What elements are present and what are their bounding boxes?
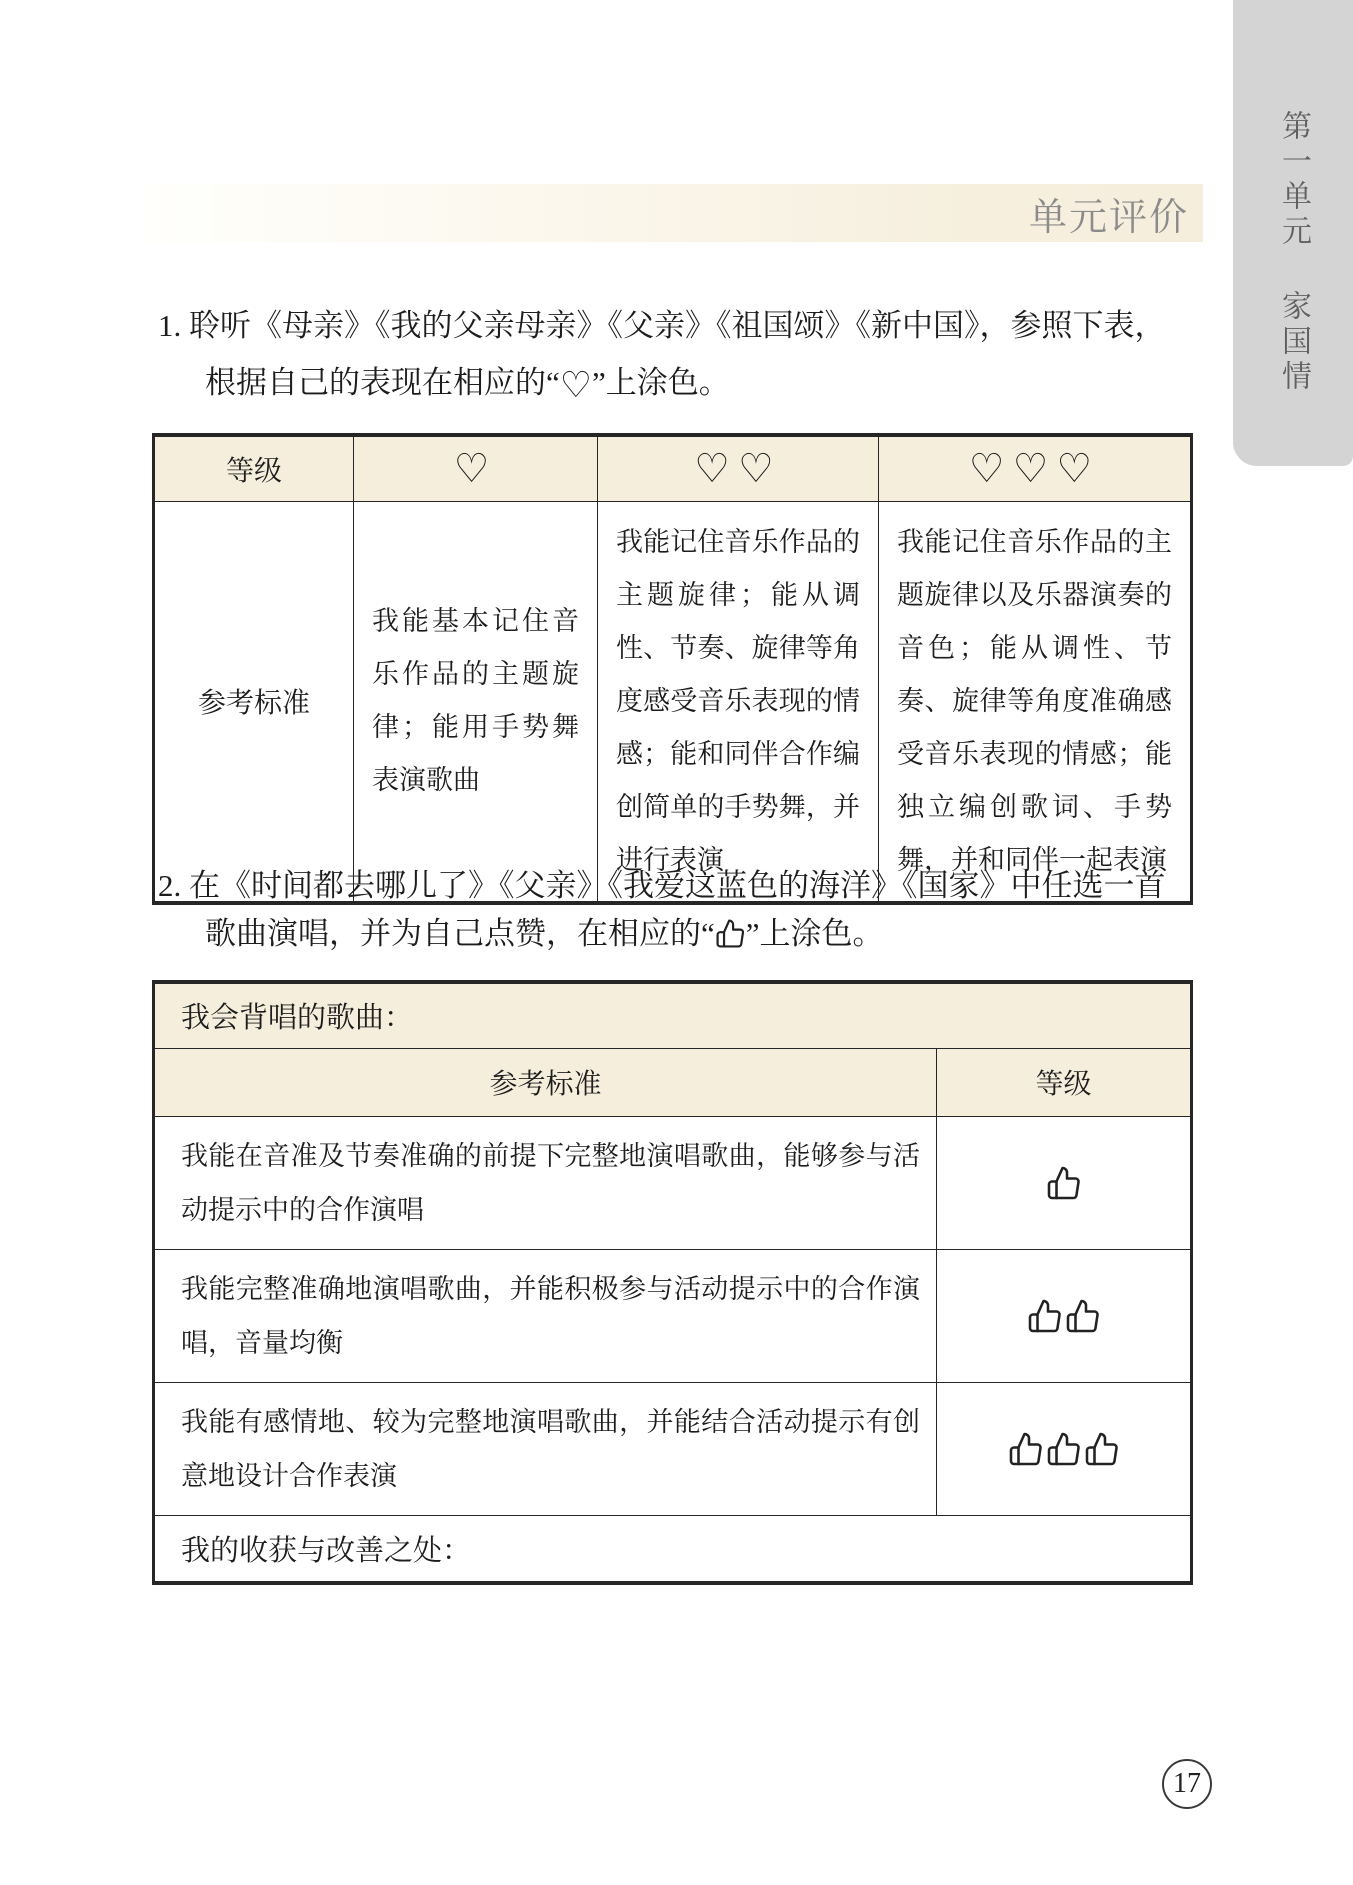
unit-tab-text: 第一单元家国情 (1278, 110, 1308, 466)
table1-criteria-one-heart: 我能基本记住音乐作品的主题旋律；能用手势舞表演歌曲 (354, 501, 598, 903)
item2-instruction-line1: 2. 在《时间都去哪儿了》《父亲》《我爱这蓝色的海洋》《国家》中任选一首 (158, 866, 1166, 906)
unit-number-label: 第一单元 (1277, 110, 1310, 250)
table2-criteria-row: 我能有感情地、较为完整地演唱歌曲，并能结合活动提示有创意地设计合作表演 (154, 1382, 937, 1515)
heart-outline-icon: ♡ (560, 365, 592, 406)
banner-title: 单元评价 (1029, 186, 1189, 241)
table2-criteria-row: 我能在音准及节奏准确的前提下完整地演唱歌曲，能够参与活动提示中的合作演唱 (154, 1116, 937, 1249)
page-number: 17 (1173, 1768, 1201, 1800)
item2-line2-before: 歌曲演唱，并为自己点赞，在相应的“ (205, 916, 715, 951)
unit-theme-label: 家国情 (1277, 290, 1310, 395)
item1-instruction-line1: 1. 聆听《母亲》《我的父亲母亲》《父亲》《祖国颂》《新中国》，参照下表， (158, 306, 1166, 346)
item2-instruction-line2: 歌曲演唱，并为自己点赞，在相应的“”上涂色。 (205, 914, 884, 954)
table2-footer-row: 我的收获与改善之处： (154, 1515, 1192, 1583)
thumb-up-icon (715, 916, 746, 951)
table1-header-level: 等级 (154, 435, 354, 501)
item1-instruction-line2: 根据自己的表现在相应的“♡”上涂色。 (205, 363, 730, 406)
table2-criteria-row: 我能完整准确地演唱歌曲，并能积极参与活动提示中的合作演唱，音量均衡 (154, 1249, 937, 1382)
table2-title-row: 我会背唱的歌曲： (154, 982, 1192, 1048)
item1-line2-before: 根据自己的表现在相应的“ (205, 365, 560, 400)
page-number-badge: 17 (1162, 1759, 1212, 1809)
table1-criteria-two-hearts: 我能记住音乐作品的主题旋律；能从调性、节奏、旋律等角度感受音乐表现的情感；能和同… (598, 501, 879, 903)
three-thumbs-icon-cell (937, 1382, 1192, 1515)
unit-tab: 第一单元家国情 (1233, 0, 1353, 466)
item1-line2-after: ”上涂色。 (592, 365, 730, 400)
table1-row-label: 参考标准 (154, 501, 354, 903)
item2-line2-after: ”上涂色。 (746, 916, 884, 951)
one-heart-icon: ♡ (454, 446, 498, 492)
table1-criteria-three-hearts: 我能记住音乐作品的主题旋律以及乐器演奏的音色；能从调性、节奏、旋律等角度准确感受… (879, 501, 1192, 903)
two-hearts-icon: ♡♡ (694, 446, 782, 492)
textbook-page: { "banner": { "title": "单元评价" }, "sideba… (0, 0, 1353, 1885)
listening-evaluation-table: 等级 ♡ ♡♡ ♡♡♡ 参考标准 我能基本记住音乐作品的主题旋律；能用手势舞表演… (152, 433, 1193, 905)
table2-header-criteria: 参考标准 (154, 1048, 937, 1116)
one-thumb-icon-cell (937, 1116, 1192, 1249)
two-thumbs-icon-cell (937, 1249, 1192, 1382)
singing-evaluation-table: 我会背唱的歌曲： 参考标准 等级 我能在音准及节奏准确的前提下完整地演唱歌曲，能… (152, 980, 1193, 1585)
table2-header-level: 等级 (937, 1048, 1192, 1116)
three-hearts-icon: ♡♡♡ (969, 446, 1101, 492)
unit-evaluation-banner: 单元评价 (143, 184, 1203, 242)
